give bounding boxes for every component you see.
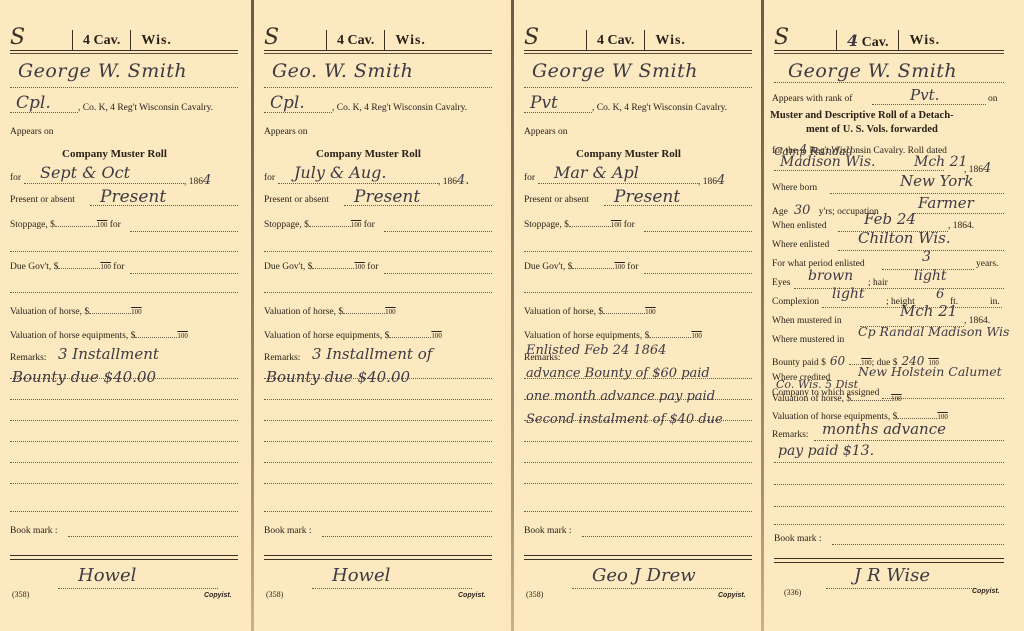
present-value: Present: [354, 187, 420, 207]
double-rule: [774, 558, 1004, 563]
roll-title: Company Muster Roll: [62, 148, 167, 160]
soldier-name: George W Smith: [532, 60, 698, 82]
roll-title: Company Muster Roll: [576, 148, 681, 160]
roll-period: Sept & Oct: [40, 163, 130, 182]
year-label: , 1864.: [438, 173, 469, 188]
initial: S: [264, 25, 326, 50]
copyist-label: Copyist.: [458, 592, 486, 599]
card-header: S 4 Cav. Wis.: [774, 22, 1004, 51]
rank-label: Appears with rank of: [772, 94, 852, 104]
remark-line: Bounty due $40.00: [266, 368, 410, 386]
soldier-name: George W. Smith: [788, 60, 957, 82]
occupation: Farmer: [918, 194, 974, 212]
year-label: , 1864: [184, 173, 211, 188]
regiment: 4 Cav.: [836, 30, 898, 50]
form-number: (358): [12, 590, 29, 599]
due-govt-label: Due Gov't, $100 for: [10, 262, 124, 272]
muster-place: Cp Randal Madison Wis: [858, 324, 1009, 339]
regiment: 4 Cav.: [72, 30, 130, 50]
roll-place-2: Madison Wis.: [780, 154, 875, 170]
present-value: Present: [614, 187, 680, 207]
muster-roll-card: S 4 Cav. Wis. George W. Smith Cpl. , Co.…: [0, 0, 251, 631]
regiment: 4 Cav.: [326, 30, 384, 50]
present-value: Present: [100, 187, 166, 207]
stoppage-label: Stoppage, $100 for: [264, 220, 375, 230]
complexion: light: [832, 286, 865, 302]
rank: Cpl.: [270, 93, 305, 113]
copyist-signature: Howel: [332, 565, 390, 586]
roll-date: Mch 21: [914, 154, 967, 170]
double-rule: [10, 555, 238, 560]
rank: Pvt: [530, 93, 558, 113]
rank: Pvt.: [910, 86, 939, 104]
form-number: (358): [526, 590, 543, 599]
remark-line: 3 Installment of: [312, 345, 432, 363]
stoppage-label: Stoppage, $100 for: [524, 220, 635, 230]
initial: S: [524, 25, 586, 50]
appears-on-label: Appears on: [10, 127, 54, 137]
rank: Cpl.: [16, 93, 51, 113]
unit-label: , Co. K, 4 Reg't Wisconsin Cavalry.: [592, 103, 727, 113]
equipment-valuation-label: Valuation of horse equipments, $100: [10, 331, 188, 341]
card-header: S 4 Cav. Wis.: [264, 22, 492, 51]
horse-valuation-label: Valuation of horse, $100: [772, 394, 902, 404]
remarks-label: Remarks:: [772, 430, 808, 440]
copyist-label: Copyist.: [204, 592, 232, 599]
soldier-name: Geo. W. Smith: [272, 60, 413, 82]
muster-roll-card: S 4 Cav. Wis. George W Smith Pvt , Co. K…: [514, 0, 761, 631]
muster-date: Mch 21: [900, 302, 957, 320]
state: Wis.: [384, 30, 436, 50]
initial: S: [774, 25, 836, 50]
for-label: for: [264, 173, 275, 183]
copyist-signature: J R Wise: [854, 565, 930, 586]
remark-line: advance Bounty of $60 paid: [526, 366, 710, 381]
remarks-label: Remarks:: [10, 353, 46, 363]
credited-place: New Holstein Calumet: [858, 364, 1002, 379]
roll-title: Company Muster Roll: [316, 148, 421, 160]
form-number: (336): [784, 588, 801, 597]
double-rule: [264, 555, 492, 560]
unit-label: , Co. K, 4 Reg't Wisconsin Cavalry.: [78, 103, 213, 113]
state: Wis.: [898, 30, 950, 50]
equipment-valuation-label: Valuation of horse equipments, $100: [524, 331, 702, 341]
due-govt-label: Due Gov't, $100 for: [264, 262, 378, 272]
state: Wis.: [130, 30, 182, 50]
remarks-label: Remarks:: [264, 353, 300, 363]
remark-line: months advance: [822, 420, 946, 438]
remark-line: Second instalment of $40 due: [526, 412, 723, 427]
equipment-valuation-label: Valuation of horse equipments, $100: [264, 331, 442, 341]
bounty-paid: 60: [826, 354, 849, 368]
roll-period: July & Aug.: [294, 163, 386, 182]
copyist-label: Copyist.: [972, 588, 1000, 595]
roll-period: Mar & Apl: [554, 163, 639, 182]
horse-valuation-label: Valuation of horse, $100: [264, 307, 396, 317]
bookmark-label: Book mark :: [264, 526, 312, 536]
bookmark-label: Book mark :: [10, 526, 58, 536]
remark-line: Bounty due $40.00: [12, 368, 156, 386]
for-label: for: [524, 173, 535, 183]
regiment: 4 Cav.: [586, 30, 644, 50]
card-header: S 4 Cav. Wis.: [10, 22, 238, 51]
height-ft: 6: [936, 287, 944, 302]
bookmark-label: Book mark :: [524, 526, 572, 536]
year-digit: 4.: [457, 173, 469, 188]
roll-title-line1: Muster and Descriptive Roll of a Detach-: [770, 110, 954, 121]
roll-title-line2: ment of U. S. Vols. forwarded: [806, 124, 938, 135]
for-label: for: [10, 173, 21, 183]
appears-on-label: Appears on: [524, 127, 568, 137]
muster-roll-card: S 4 Cav. Wis. Geo. W. Smith Cpl. , Co. K…: [254, 0, 505, 631]
present-label: Present or absent: [264, 195, 329, 205]
enlistment-period: 3: [922, 249, 931, 265]
year-label: , 1864: [698, 173, 725, 188]
initial: S: [10, 25, 72, 50]
remark-line: one month advance pay paid: [526, 389, 715, 404]
copyist-label: Copyist.: [718, 592, 746, 599]
present-label: Present or absent: [10, 195, 75, 205]
stoppage-label: Stoppage, $100 for: [10, 220, 121, 230]
appears-on-label: Appears on: [264, 127, 308, 137]
state: Wis.: [644, 30, 696, 50]
enlisted-date: Feb 24: [864, 210, 916, 228]
descriptive-roll-card: S 4 Cav. Wis. George W. Smith Appears wi…: [764, 0, 1024, 631]
age: 30: [788, 203, 817, 218]
form-number: (358): [266, 590, 283, 599]
copyist-signature: Geo J Drew: [592, 565, 696, 586]
enlisted-place: Chilton Wis.: [858, 229, 951, 247]
horse-valuation-label: Valuation of horse, $100: [10, 307, 142, 317]
year-digit: 4: [203, 173, 211, 188]
unit-label: , Co. K, 4 Reg't Wisconsin Cavalry.: [332, 103, 467, 113]
bookmark-label: Book mark :: [774, 534, 822, 544]
eye-color: brown: [808, 268, 853, 284]
remark-line: Enlisted Feb 24 1864: [526, 343, 666, 358]
horse-valuation-label: Valuation of horse, $100: [524, 307, 656, 317]
copyist-signature: Howel: [78, 565, 136, 586]
hair-color: light: [914, 268, 947, 284]
year-digit: 4: [717, 173, 725, 188]
card-header: S 4 Cav. Wis.: [524, 22, 752, 51]
present-label: Present or absent: [524, 195, 589, 205]
soldier-name: George W. Smith: [18, 60, 187, 82]
birthplace: New York: [900, 172, 974, 190]
double-rule: [524, 555, 752, 560]
remark-line: pay paid $13.: [778, 443, 874, 459]
remark-line: 3 Installment: [58, 345, 159, 363]
due-govt-label: Due Gov't, $100 for: [524, 262, 638, 272]
